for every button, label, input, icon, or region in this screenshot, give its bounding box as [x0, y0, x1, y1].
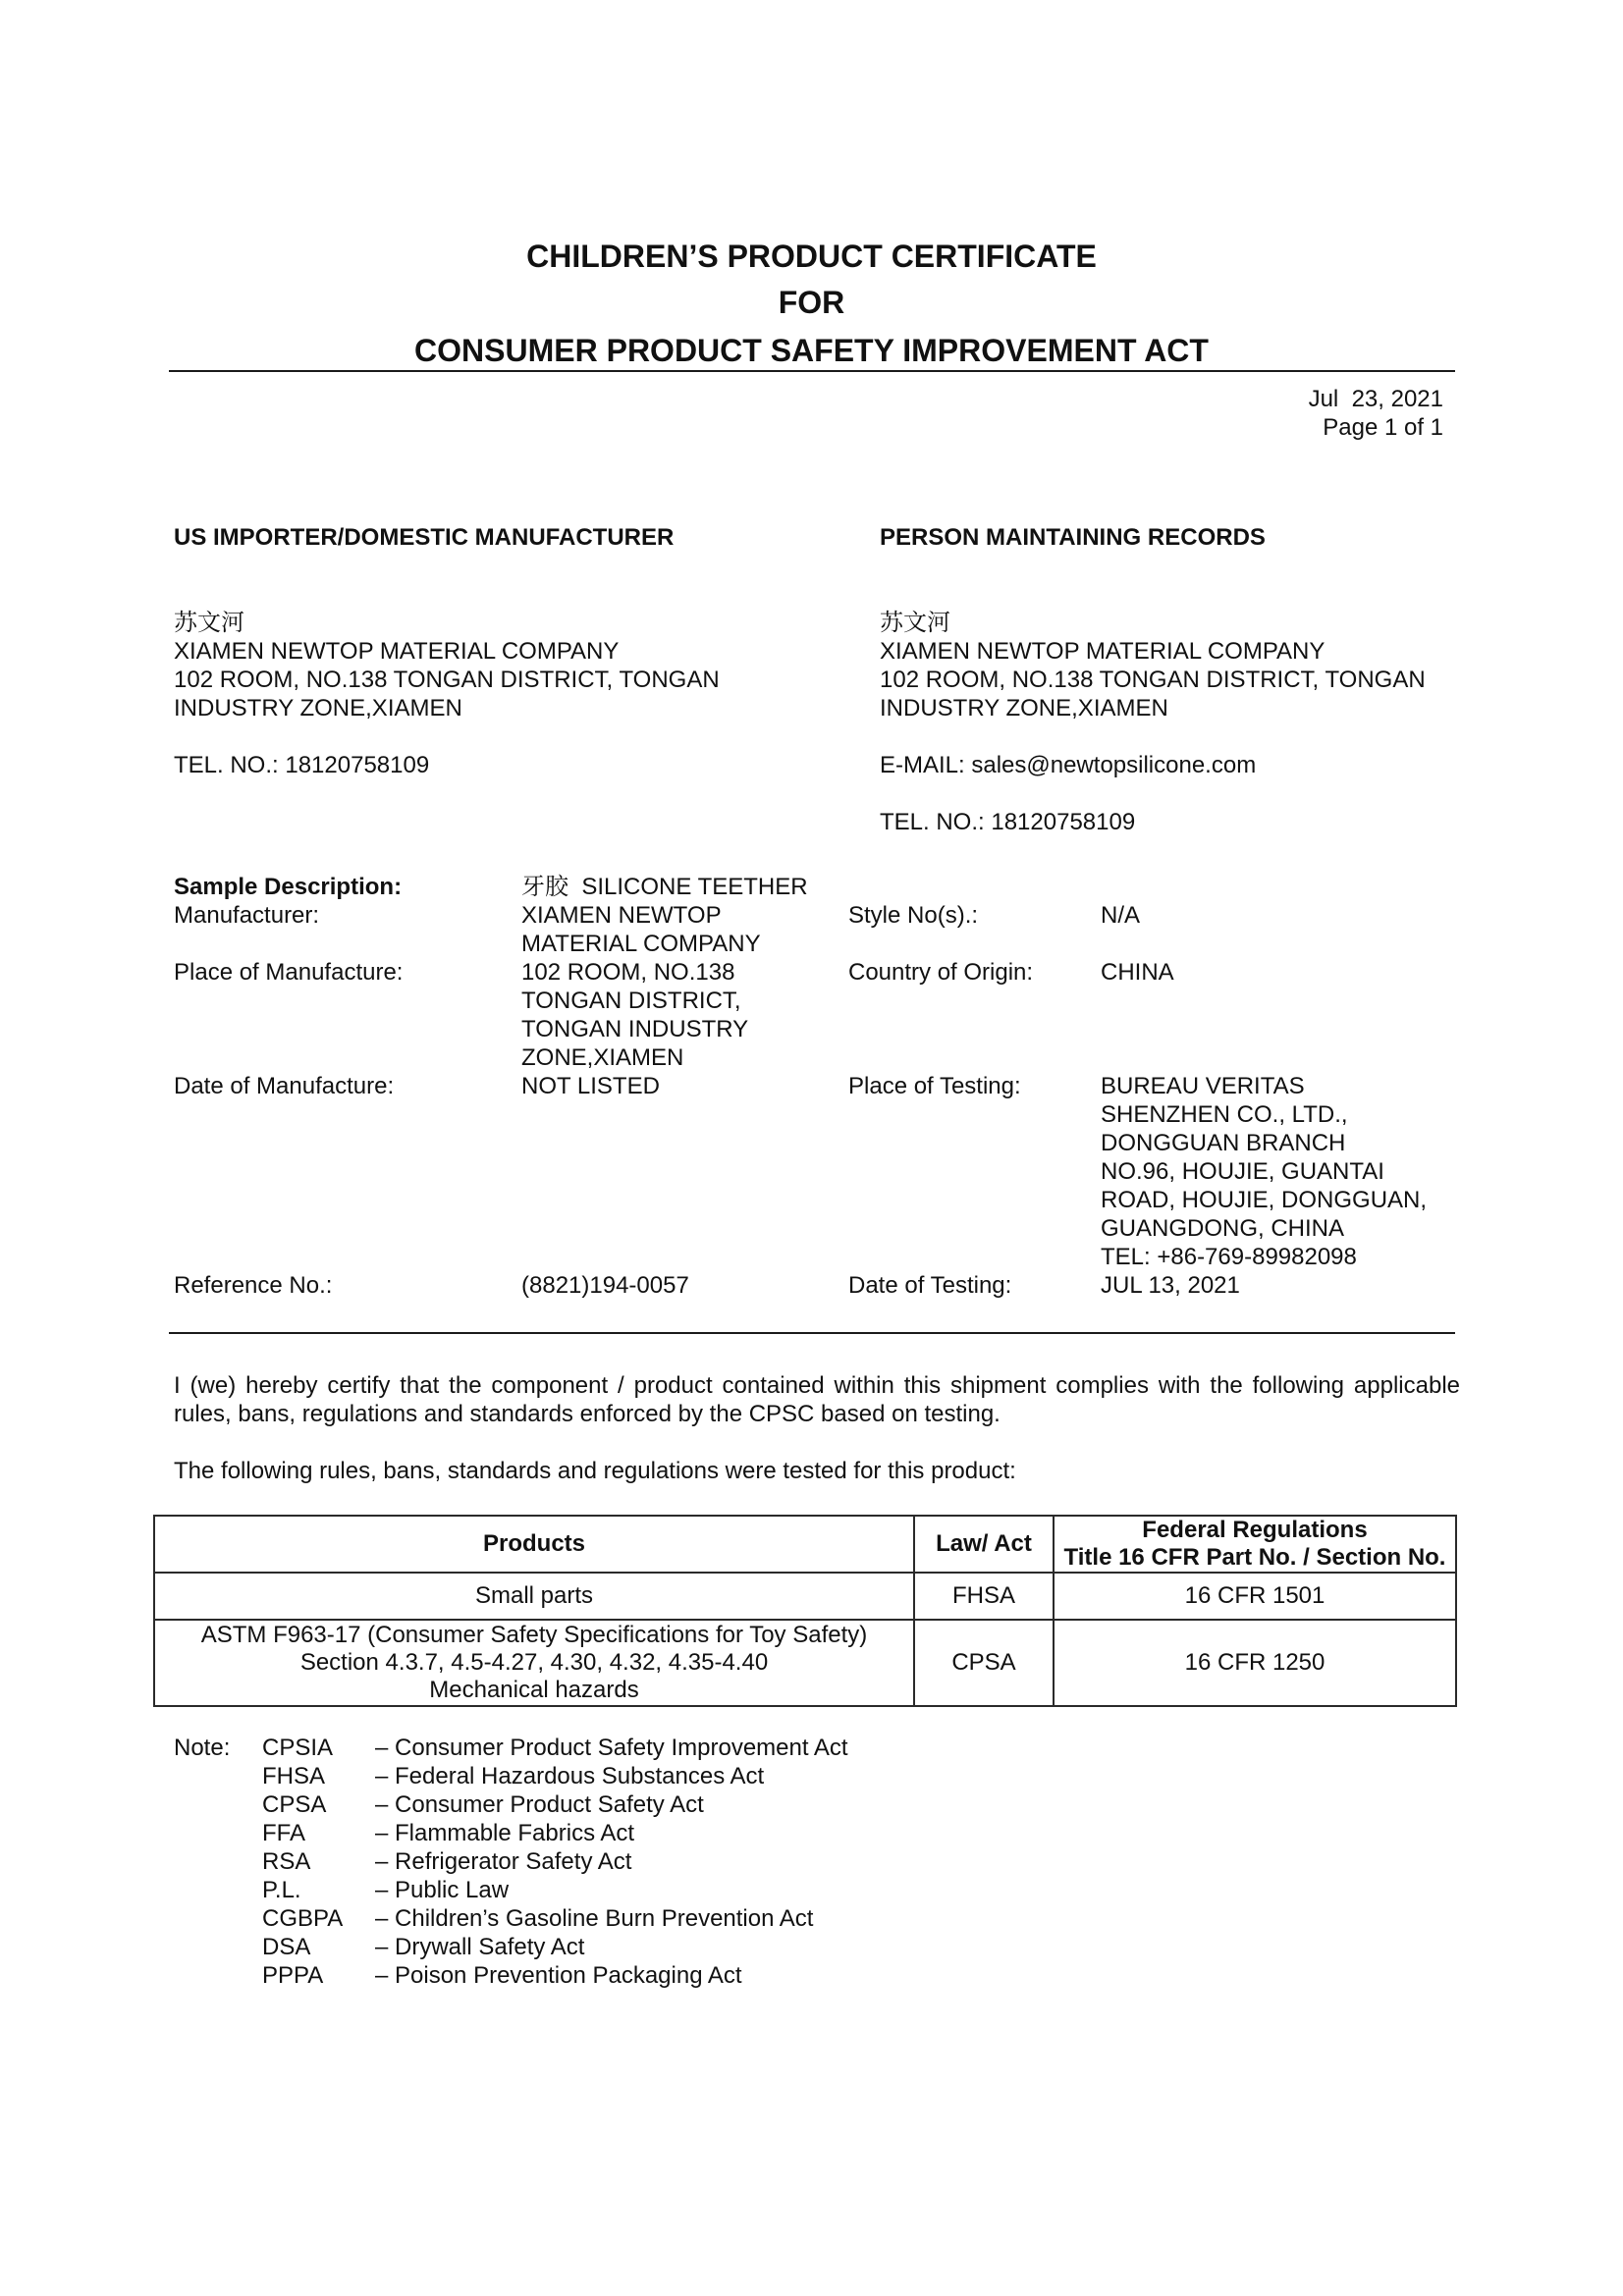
note-desc: – Consumer Product Safety Improvement Ac… — [375, 1734, 848, 1762]
document-title-line-1: CHILDREN’S PRODUCT CERTIFICATE — [0, 239, 1623, 274]
header-products: Products — [154, 1516, 914, 1573]
importer-address-line: 102 ROOM, NO.138 TONGAN DISTRICT, TONGAN — [174, 666, 720, 694]
note-abbr: CPSIA — [262, 1734, 333, 1762]
header-federal-regulations-line: Federal Regulations — [1056, 1517, 1453, 1544]
law-cell: CPSA — [914, 1620, 1054, 1706]
records-tel: TEL. NO.: 18120758109 — [880, 808, 1426, 836]
note-abbr: RSA — [262, 1847, 310, 1876]
country-of-origin-label: Country of Origin: — [848, 958, 1033, 987]
note-desc: – Flammable Fabrics Act — [375, 1819, 634, 1847]
manufacturer-label: Manufacturer: — [174, 901, 319, 930]
note-desc: – Public Law — [375, 1876, 509, 1904]
title-underline — [169, 370, 1455, 372]
manufacturer-value-line: XIAMEN NEWTOP — [521, 901, 761, 930]
certification-statement: I (we) hereby certify that the component… — [174, 1371, 1460, 1428]
manufacturer-value: XIAMEN NEWTOP MATERIAL COMPANY — [521, 901, 761, 958]
header-cfr-section-line: Title 16 CFR Part No. / Section No. — [1056, 1544, 1453, 1572]
issue-date: Jul 23, 2021 — [1309, 385, 1443, 413]
date-of-testing-label: Date of Testing: — [848, 1271, 1011, 1300]
importer-section: US IMPORTER/DOMESTIC MANUFACTURER 苏文河 XI… — [174, 523, 720, 779]
note-label: Note: — [174, 1734, 230, 1762]
tested-rules-intro: The following rules, bans, standards and… — [174, 1457, 1460, 1485]
place-of-testing-line: DONGGUAN BRANCH — [1101, 1129, 1427, 1157]
date-block: Jul 23, 2021 Page 1 of 1 — [1309, 385, 1443, 442]
style-value: N/A — [1101, 901, 1140, 930]
note-abbr: P.L. — [262, 1876, 301, 1904]
importer-tel: TEL. NO.: 18120758109 — [174, 751, 720, 779]
reference-label: Reference No.: — [174, 1271, 332, 1300]
header-law-act: Law/ Act — [914, 1516, 1054, 1573]
cfr-cell: 16 CFR 1250 — [1054, 1620, 1456, 1706]
importer-heading: US IMPORTER/DOMESTIC MANUFACTURER — [174, 523, 720, 552]
records-address-line: INDUSTRY ZONE,XIAMEN — [880, 694, 1426, 722]
table-header-row: Products Law/ Act Federal Regulations Ti… — [154, 1516, 1456, 1573]
place-of-manufacture-label: Place of Manufacture: — [174, 958, 403, 987]
records-heading: PERSON MAINTAINING RECORDS — [880, 523, 1426, 552]
document-title-line-3: CONSUMER PRODUCT SAFETY IMPROVEMENT ACT — [0, 333, 1623, 368]
place-of-testing-line: TEL: +86-769-89982098 — [1101, 1243, 1427, 1271]
sample-description-label: Sample Description: — [174, 873, 402, 901]
section-divider — [169, 1332, 1455, 1334]
records-section: PERSON MAINTAINING RECORDS 苏文河 XIAMEN NE… — [880, 523, 1426, 836]
place-of-testing-line: NO.96, HOUJIE, GUANTAI — [1101, 1157, 1427, 1186]
place-of-testing-label: Place of Testing: — [848, 1072, 1021, 1100]
note-abbr: FFA — [262, 1819, 305, 1847]
note-desc: – Consumer Product Safety Act — [375, 1790, 704, 1819]
note-abbr: FHSA — [262, 1762, 325, 1790]
sample-description-row: Sample Description: 牙胶 SILICONE TEETHER — [174, 873, 1460, 901]
place-of-testing-value: BUREAU VERITAS SHENZHEN CO., LTD., DONGG… — [1101, 1072, 1427, 1271]
date-of-manufacture-label: Date of Manufacture: — [174, 1072, 394, 1100]
date-of-testing-value: JUL 13, 2021 — [1101, 1271, 1240, 1300]
document-title-line-2: FOR — [0, 285, 1623, 320]
importer-address-line: INDUSTRY ZONE,XIAMEN — [174, 694, 720, 722]
records-contact-name: 苏文河 — [880, 609, 1426, 637]
cfr-cell: 16 CFR 1501 — [1054, 1573, 1456, 1620]
product-cell: ASTM F963-17 (Consumer Safety Specificat… — [154, 1620, 914, 1706]
header-federal-regulations: Federal Regulations Title 16 CFR Part No… — [1054, 1516, 1456, 1573]
note-desc: – Children’s Gasoline Burn Prevention Ac… — [375, 1904, 813, 1933]
table-row: Small parts FHSA 16 CFR 1501 — [154, 1573, 1456, 1620]
records-email: E-MAIL: sales@newtopsilicone.com — [880, 751, 1426, 779]
place-of-manufacture-line: 102 ROOM, NO.138 — [521, 958, 748, 987]
page-number: Page 1 of 1 — [1309, 413, 1443, 442]
records-address-line: XIAMEN NEWTOP MATERIAL COMPANY — [880, 637, 1426, 666]
country-of-origin-value: CHINA — [1101, 958, 1174, 987]
note-desc: – Poison Prevention Packaging Act — [375, 1961, 742, 1990]
manufacturer-value-line: MATERIAL COMPANY — [521, 930, 761, 958]
product-cell: Small parts — [154, 1573, 914, 1620]
importer-address-line: XIAMEN NEWTOP MATERIAL COMPANY — [174, 637, 720, 666]
product-line: Section 4.3.7, 4.5-4.27, 4.30, 4.32, 4.3… — [157, 1649, 911, 1677]
place-of-manufacture-line: ZONE,XIAMEN — [521, 1043, 748, 1072]
date-of-manufacture-value: NOT LISTED — [521, 1072, 660, 1100]
place-of-manufacture-value: 102 ROOM, NO.138 TONGAN DISTRICT, TONGAN… — [521, 958, 748, 1072]
product-line: ASTM F963-17 (Consumer Safety Specificat… — [157, 1622, 911, 1649]
regulations-table: Products Law/ Act Federal Regulations Ti… — [153, 1515, 1457, 1707]
style-label: Style No(s).: — [848, 901, 978, 930]
records-address-line: 102 ROOM, NO.138 TONGAN DISTRICT, TONGAN — [880, 666, 1426, 694]
sample-description-value: 牙胶 SILICONE TEETHER — [521, 873, 808, 901]
place-of-manufacture-line: TONGAN DISTRICT, — [521, 987, 748, 1015]
place-of-testing-line: BUREAU VERITAS — [1101, 1072, 1427, 1100]
reference-value: (8821)194-0057 — [521, 1271, 689, 1300]
note-abbr: CPSA — [262, 1790, 326, 1819]
place-of-manufacture-line: TONGAN INDUSTRY — [521, 1015, 748, 1043]
importer-contact-name: 苏文河 — [174, 609, 720, 637]
law-cell: FHSA — [914, 1573, 1054, 1620]
place-of-testing-line: ROAD, HOUJIE, DONGGUAN, — [1101, 1186, 1427, 1214]
note-abbr: PPPA — [262, 1961, 323, 1990]
note-abbr: DSA — [262, 1933, 310, 1961]
note-abbr: CGBPA — [262, 1904, 343, 1933]
table-row: ASTM F963-17 (Consumer Safety Specificat… — [154, 1620, 1456, 1706]
note-desc: – Federal Hazardous Substances Act — [375, 1762, 764, 1790]
note-desc: – Refrigerator Safety Act — [375, 1847, 631, 1876]
note-desc: – Drywall Safety Act — [375, 1933, 584, 1961]
place-of-testing-line: GUANGDONG, CHINA — [1101, 1214, 1427, 1243]
place-of-testing-line: SHENZHEN CO., LTD., — [1101, 1100, 1427, 1129]
product-line: Mechanical hazards — [157, 1677, 911, 1704]
